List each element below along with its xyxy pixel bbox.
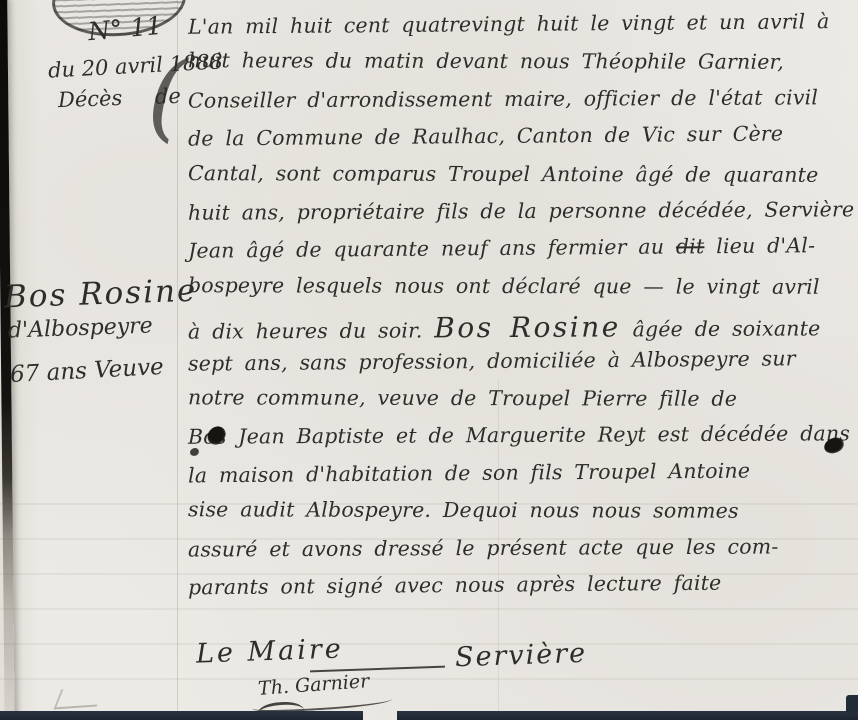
line-text: à dix heures du soir. [188,319,434,344]
line-text: assuré et avons dressé le présent acte q… [188,534,779,561]
line-text: notre commune, veuve de Troupel Pierre f… [188,385,737,410]
margin-deceased-place: d'Albospeyre [8,313,154,343]
signature-label-mayor: Le Maire [196,633,345,669]
act-text-block: L'an mil huit cent quatrevingt huit le v… [188,12,853,612]
manuscript-line: la maison d'habitation de son fils Troup… [188,458,750,487]
scan-edge-notch [846,695,858,713]
death-record-scan: N° 11 du 20 avril 1888 Décès de Bos Rosi… [0,0,858,720]
line-text: sise audit Albospeyre. Dequoi nous nous … [188,497,739,522]
manuscript-line: Bos Jean Baptiste et de Marguerite Reyt … [188,422,850,449]
manuscript-line: parants ont signé avec nous après lectur… [188,571,722,600]
line-text: parants ont signé avec nous après lectur… [188,571,722,600]
margin-deceased-age: 67 ans Veuve [9,354,164,388]
line-text: sept ans, sans profession, domiciliée à … [188,346,796,375]
struck-word: dit [676,235,705,259]
line-text: Conseiller d'arrondissement maire, offic… [188,85,818,112]
margin-deceased-name: Bos Rosine [3,273,197,316]
signature-underline [310,666,445,673]
line-text: huit ans, propriétaire fils de la person… [188,197,854,224]
line-text: Bos Jean Baptiste et de Marguerite Reyt … [188,422,850,449]
scan-edge-bar [0,711,363,720]
line-text: âgée de soixante [621,317,821,342]
manuscript-line: sise audit Albospeyre. Dequoi nous nous … [188,497,739,522]
manuscript-line: assuré et avons dressé le présent acte q… [188,534,779,561]
line-text: lieu d'Al- [704,234,815,259]
deceased-name-emphasis: Bos Rosine [434,311,621,345]
manuscript-line: sept ans, sans profession, domiciliée à … [188,346,796,375]
manuscript-line: huit ans, propriétaire fils de la person… [188,197,854,224]
manuscript-line: bospeyre lesquels nous ont déclaré que —… [188,273,820,299]
manuscript-line: Jean âgé de quarante neuf ans fermier au… [188,234,815,263]
line-text: huit heures du matin devant nous Théophi… [188,49,784,75]
line-text: de la Commune de Raulhac, Canton de Vic … [188,122,783,151]
manuscript-line: Cantal, sont comparus Troupel Antoine âg… [188,161,819,187]
signature-declarant: Servière [454,638,587,674]
manuscript-line: Conseiller d'arrondissement maire, offic… [188,85,818,112]
line-text: la maison d'habitation de son fils Troup… [188,458,750,487]
faint-pencil-mark [53,687,104,710]
manuscript-line: notre commune, veuve de Troupel Pierre f… [188,385,737,410]
manuscript-line: de la Commune de Raulhac, Canton de Vic … [188,122,783,151]
manuscript-line: L'an mil huit cent quatrevingt huit le v… [188,9,830,39]
line-text: Cantal, sont comparus Troupel Antoine âg… [188,161,819,187]
line-text: Jean âgé de quarante neuf ans fermier au [188,235,676,263]
line-text: L'an mil huit cent quatrevingt huit le v… [188,9,830,39]
manuscript-line: huit heures du matin devant nous Théophi… [188,49,784,75]
pen-flourish-icon: ( [145,39,188,153]
scan-edge-bar [397,711,858,720]
book-binding-edge [0,0,15,720]
manuscript-line: à dix heures du soir. Bos Rosine âgée de… [188,310,821,346]
line-text: bospeyre lesquels nous ont déclaré que —… [188,273,820,299]
